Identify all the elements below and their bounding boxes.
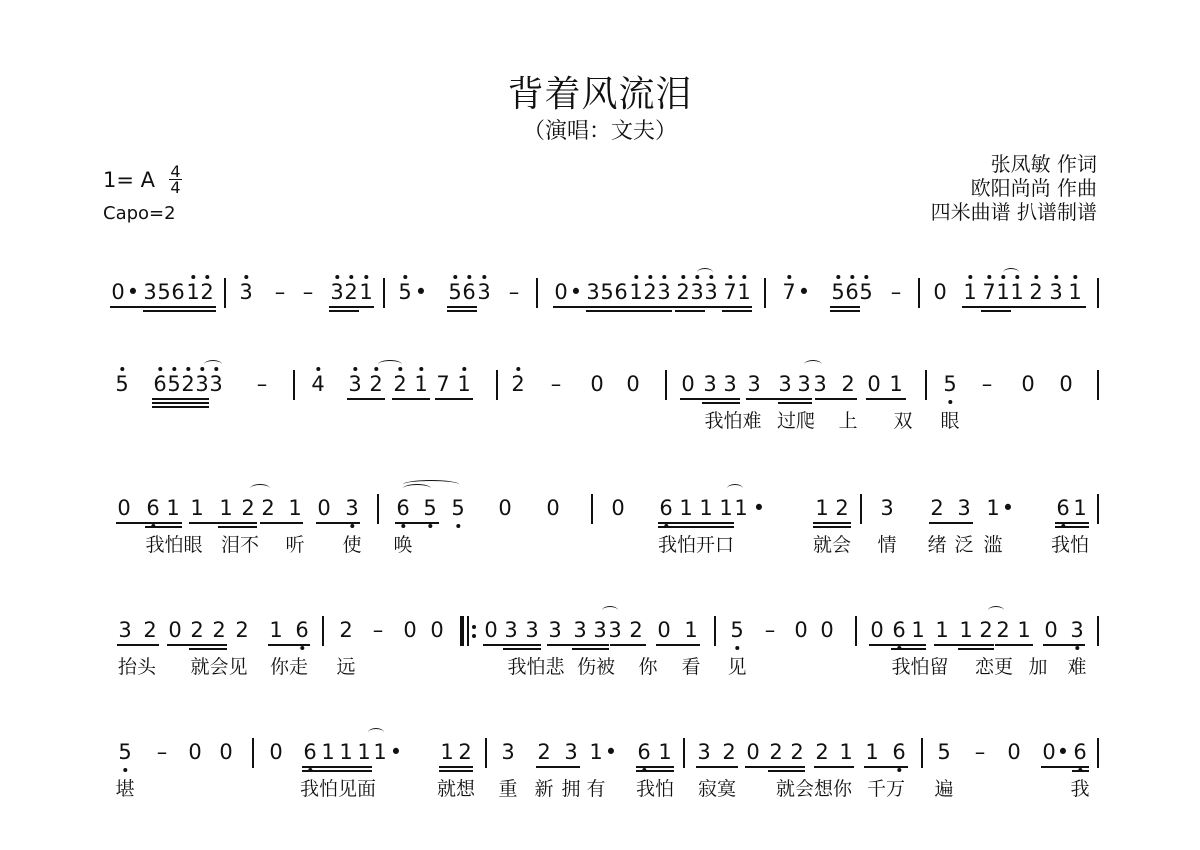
underline [117,644,159,646]
lyric: 恋更 [975,652,1013,679]
underline [830,310,860,312]
dot-note: • [127,280,139,304]
underline [1041,766,1089,768]
lyric: 寂寞 [698,774,736,801]
dot-note: • [605,740,617,764]
underline [483,644,541,646]
note: 3 [504,618,517,642]
key-signature: 1= A 4 4 [103,164,182,195]
lyric: 我怕 [636,774,674,801]
note: 3 [564,740,577,764]
note: 5 [448,280,461,304]
note: 5 [423,496,436,520]
lyric: 泪不 [221,530,259,557]
note: 3 [143,280,156,304]
underline [636,770,674,772]
note: 0 [269,740,282,764]
dot-note: • [390,740,402,764]
underline [1055,526,1089,528]
underline [866,398,906,400]
note: 1 [1068,280,1081,304]
note: 0 [219,740,232,764]
note: 7 [982,280,995,304]
note: 2 [629,618,642,642]
dash: – [275,280,286,304]
dot-note: • [570,280,582,304]
dash: – [551,372,562,396]
note: 2 [537,740,550,764]
note: 1 [1073,496,1086,520]
underline [680,398,740,400]
underline [143,310,216,312]
underline [778,402,812,404]
note: 3 [348,372,361,396]
note: 0 [117,496,130,520]
lyric: 抬头 [118,652,156,679]
note: 3 [548,618,561,642]
barline [1097,738,1099,768]
note: 6 [637,740,650,764]
lyric: 远 [336,652,355,679]
score-line-1: 0 • 3 5 6 1 2 3 – – 3 2 1 5 • 5 6 3 – 0 … [0,280,1200,340]
note: 5 [398,280,411,304]
note: 1 [359,280,372,304]
lyricist-credit: 张凤敏 作词 [931,152,1097,176]
lyric: 看 [681,652,700,679]
note: 0 [870,618,883,642]
note: 1 [339,740,352,764]
note: 3 [747,372,760,396]
note: 1 [629,280,642,304]
note: 0 [430,618,443,642]
underline [658,526,734,528]
note: 2 [1029,280,1042,304]
underline [189,648,227,650]
tie [204,360,222,369]
note: 2 [676,280,689,304]
underline [553,306,752,308]
note: 1 [719,496,732,520]
underline [813,526,851,528]
note: 0 [611,496,624,520]
underline [745,766,805,768]
barline [665,370,667,400]
barline [764,278,766,308]
underline [636,766,674,768]
note: 3 [1070,618,1083,642]
underline [864,766,908,768]
note: 1 [190,496,203,520]
barline [383,278,385,308]
underline [329,310,359,312]
note: 3 [477,280,490,304]
note: 1 [1017,618,1030,642]
note: 1 [219,496,232,520]
lyric: 我怕开口 [658,530,734,557]
barline [1097,278,1099,308]
note: 5 [600,280,613,304]
note: 3 [703,372,716,396]
note: 1 [935,618,948,642]
barline [1097,370,1099,400]
note: 0 [498,496,511,520]
underline [702,402,740,404]
note: 7 [723,280,736,304]
dot-note: • [798,280,810,304]
lyric: 使 [342,530,361,557]
score-line-5: 5 – 0 0 0 6 1 1 1 1 • 1 2 3 2 3 1 • 6 1 … [0,740,1200,800]
underline [447,310,477,312]
note: 3 [525,618,538,642]
note: 0 [1042,740,1055,764]
underline [962,306,1086,308]
note: 1 [963,280,976,304]
lyric: 我怕留 [891,652,948,679]
note: 1 [737,280,750,304]
dot-note: • [1002,496,1014,520]
note: 2 [369,372,382,396]
note: 2 [722,740,735,764]
lyric: 千万 [867,774,905,801]
note: 5 [451,496,464,520]
underline [347,398,385,400]
note: 3 [501,740,514,764]
note: 3 [657,280,670,304]
underline [981,310,1011,312]
note: 1 [269,618,282,642]
dot-note: • [753,496,765,520]
underline [447,306,477,308]
note: 1 [986,496,999,520]
dash: – [765,618,776,642]
note: 0 [626,372,639,396]
underline [958,648,994,650]
tie [1003,268,1019,277]
lyric: 新 [534,774,553,801]
note: 2 [835,496,848,520]
barline [714,616,716,646]
note: 1 [911,618,924,642]
note: 5 [831,280,844,304]
barline [293,370,295,400]
song-title: 背着风流泪 [0,66,1200,117]
note: 1 [166,496,179,520]
note: 0 [820,618,833,642]
barline [496,370,498,400]
barline [485,738,487,768]
tie [804,360,822,369]
underline [547,644,609,646]
note: 3 [573,618,586,642]
underline [891,648,926,650]
lyric: 情 [877,530,896,557]
lyric: 遍 [934,774,953,801]
note: 2 [790,740,803,764]
note: 3 [345,496,358,520]
lyric: 就想 [437,774,475,801]
note: 5 [730,618,743,642]
lyric: 我 [1070,774,1089,801]
note: 2 [815,740,828,764]
note: 3 [586,280,599,304]
underline [152,398,209,400]
note: 3 [778,372,791,396]
lyric: 重 [498,774,517,801]
note: 3 [797,372,810,396]
composer-credit: 欧阳尚尚 作曲 [931,176,1097,200]
note: 1 [658,740,671,764]
underline [260,522,303,524]
note: 1 [815,496,828,520]
note: 0 [1007,740,1020,764]
underline [610,644,646,646]
tie [250,484,270,493]
note: 6 [892,618,905,642]
note: 1 [373,740,386,764]
capo-label: Capo=2 [103,203,176,224]
note: 2 [212,618,225,642]
note: 2 [344,280,357,304]
note: 0 [317,496,330,520]
score-line-4: 3 2 0 2 2 2 1 6 2 – 0 0 0 3 3 3 3 3 3 2 … [0,618,1200,678]
lyric: 眼 [940,406,959,433]
barline [1097,616,1099,646]
dash: – [303,280,314,304]
tie [403,484,431,493]
note: 6 [303,740,316,764]
lyric: 绪 [927,530,946,557]
note: 2 [769,740,782,764]
barline [860,494,862,524]
lyric: 听 [285,530,304,557]
tie [378,360,402,369]
tie [988,606,1004,615]
note: 0 [546,496,559,520]
barline [918,278,920,308]
dash: – [257,372,268,396]
lyric: 我怕眼 [145,530,202,557]
note: 2 [643,280,656,304]
lyric: 过爬 [777,406,815,433]
underline [1043,644,1085,646]
note: 2 [996,618,1009,642]
lyric: 我怕 [1051,530,1089,557]
barline [322,616,324,646]
note: 2 [241,496,254,520]
underline [830,306,860,308]
underline [302,766,372,768]
note: 6 [845,280,858,304]
barline [921,738,923,768]
underline [768,770,805,772]
note: 5 [157,280,170,304]
note: 0 [1021,372,1034,396]
note: 5 [115,372,128,396]
note: 5 [118,740,131,764]
note: 1 [839,740,852,764]
lyric: 有 [586,774,605,801]
underline [934,644,994,646]
note: 0 [1044,618,1057,642]
note: 3 [118,618,131,642]
lyric: 加 [1028,652,1047,679]
note: 0 [867,372,880,396]
repeat-start-barline [460,616,470,646]
lyric: 伤被 [577,652,615,679]
note: 1 [321,740,334,764]
barline [855,616,857,646]
note: 0 [657,618,670,642]
note: 0 [933,280,946,304]
lyric: 你 [638,652,657,679]
lyric: 泛 [954,530,973,557]
note: 0 [590,372,603,396]
underline [392,398,430,400]
lyric: 难 [1067,652,1086,679]
note: 6 [462,280,475,304]
note: 3 [608,618,621,642]
underline [116,522,182,524]
underline [189,522,257,524]
underline [435,398,473,400]
tie [368,728,384,737]
underline [814,766,854,768]
underline [696,766,738,768]
underline [316,522,360,524]
note: 3 [704,280,717,304]
note: 1 [679,496,692,520]
note: 1 [734,496,747,520]
note: 3 [1049,280,1062,304]
note: 5 [859,280,872,304]
underline [675,310,705,312]
note: 3 [957,496,970,520]
barline [591,494,593,524]
underline [395,522,439,524]
underline [152,406,209,408]
note: 4 [311,372,324,396]
note: 3 [195,372,208,396]
note: 5 [937,740,950,764]
note: 3 [239,280,252,304]
note: 1 [186,280,199,304]
note: 2 [841,372,854,396]
underline [658,522,734,524]
note: 0 [794,618,807,642]
underline [722,310,752,312]
lyric: 滥 [983,530,1002,557]
underline [536,766,580,768]
lyric: 就会见 [190,652,247,679]
note: 1 [288,496,301,520]
note: 0 [681,372,694,396]
note: 2 [235,618,248,642]
note: 2 [979,618,992,642]
dash: – [891,280,902,304]
note: 1 [889,372,902,396]
credits: 张凤敏 作词 欧阳尚尚 作曲 四米曲谱 扒谱制谱 [931,152,1097,224]
note: 3 [593,618,606,642]
note: 0 [168,618,181,642]
note: 2 [261,496,274,520]
underline [746,398,812,400]
lyric: 你走 [270,652,308,679]
note: 3 [813,372,826,396]
note: 3 [880,496,893,520]
underline [268,644,310,646]
underline [302,770,372,772]
note: 6 [659,496,672,520]
time-sig-top: 4 [170,164,180,179]
underline [572,648,609,650]
note: 2 [200,280,213,304]
dot-note: • [1057,740,1069,764]
note: 3 [209,372,222,396]
lyric: 我怕见面 [300,774,376,801]
note: 1 [684,618,697,642]
note: 0 [554,280,567,304]
note: 3 [330,280,343,304]
tie [602,606,618,615]
lyric: 堪 [115,774,134,801]
dash: – [982,372,993,396]
lyric: 上 [838,406,857,433]
note: 6 [171,280,184,304]
time-sig-bottom: 4 [170,180,180,195]
underline [1055,522,1089,524]
note: 2 [511,372,524,396]
tie [727,484,743,493]
note: 5 [167,372,180,396]
underline [995,644,1033,646]
lyric: 见 [727,652,746,679]
underline [1072,770,1089,772]
note: 1 [357,740,370,764]
transcriber-credit: 四米曲谱 扒谱制谱 [931,200,1097,224]
note: 6 [1073,740,1086,764]
note: 3 [723,372,736,396]
note: 6 [153,372,166,396]
note: 2 [458,740,471,764]
underline [815,398,857,400]
note: 6 [614,280,627,304]
dot-note: • [415,280,427,304]
score-line-2: 5 6 5 2 3 3 – 4 3 2 2 1 7 1 2 – 0 0 0 3 … [0,372,1200,432]
barline [224,278,226,308]
barline [1097,494,1099,524]
note: 1 [959,618,972,642]
dash: – [157,740,168,764]
note: 0 [484,618,497,642]
barline [252,738,254,768]
underline [586,310,672,312]
note: 2 [393,372,406,396]
note: 1 [457,372,470,396]
underline [929,522,973,524]
underline [152,402,209,404]
note: 2 [190,618,203,642]
note: 0 [188,740,201,764]
tie [697,268,713,277]
note: 6 [892,740,905,764]
note: 3 [697,740,710,764]
note: 3 [690,280,703,304]
underline [439,770,473,772]
note: 7 [436,372,449,396]
song-subtitle: （演唱：文夫） [0,114,1200,145]
note: 1 [1010,280,1023,304]
lyric: 就会想你 [776,774,852,801]
